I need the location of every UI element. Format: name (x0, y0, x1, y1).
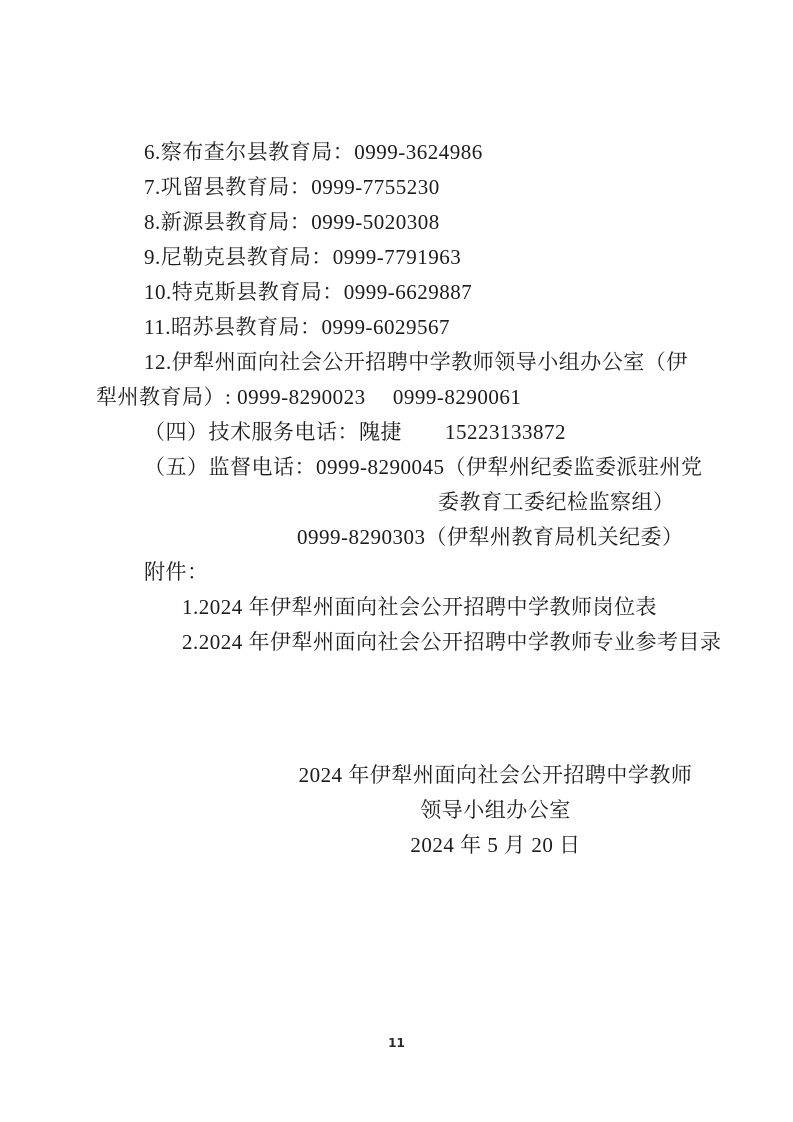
signature-line-1: 2024 年伊犁州面向社会公开招聘中学教师 (293, 758, 698, 793)
signature-date: 2024 年 5 月 20 日 (293, 828, 698, 863)
text-line: 附件： (96, 555, 706, 590)
text-line: 委教育工委纪检监察组） (96, 485, 706, 520)
text-line: 9.尼勒克县教育局：0999-7791963 (96, 240, 706, 275)
document-page: 6.察布查尔县教育局：0999-36249867.巩留县教育局：0999-775… (0, 0, 793, 1122)
signature-line-2: 领导小组办公室 (293, 793, 698, 828)
text-line: 11.昭苏县教育局：0999-6029567 (96, 310, 706, 345)
text-line: 1.2024 年伊犁州面向社会公开招聘中学教师岗位表 (96, 590, 706, 625)
text-line: （四）技术服务电话：隗捷 15223133872 (96, 415, 706, 450)
text-line: 2.2024 年伊犁州面向社会公开招聘中学教师专业参考目录 (96, 625, 706, 660)
text-line: 12.伊犁州面向社会公开招聘中学教师领导小组办公室（伊 (96, 345, 706, 380)
page-number: 11 (0, 1036, 793, 1050)
text-line: 6.察布查尔县教育局：0999-3624986 (96, 135, 706, 170)
text-line: 7.巩留县教育局：0999-7755230 (96, 170, 706, 205)
signature-block: 2024 年伊犁州面向社会公开招聘中学教师 领导小组办公室 2024 年 5 月… (293, 758, 698, 863)
text-line: 犁州教育局）: 0999-8290023 0999-8290061 (96, 380, 706, 415)
text-line: （五）监督电话：0999-8290045（伊犁州纪委监委派驻州党 (96, 450, 706, 485)
text-line: 0999-8290303（伊犁州教育局机关纪委） (96, 520, 706, 555)
text-line: 8.新源县教育局：0999-5020308 (96, 205, 706, 240)
document-content: 6.察布查尔县教育局：0999-36249867.巩留县教育局：0999-775… (96, 135, 706, 863)
text-line: 10.特克斯县教育局：0999-6629887 (96, 275, 706, 310)
document-body: 6.察布查尔县教育局：0999-36249867.巩留县教育局：0999-775… (96, 135, 706, 660)
